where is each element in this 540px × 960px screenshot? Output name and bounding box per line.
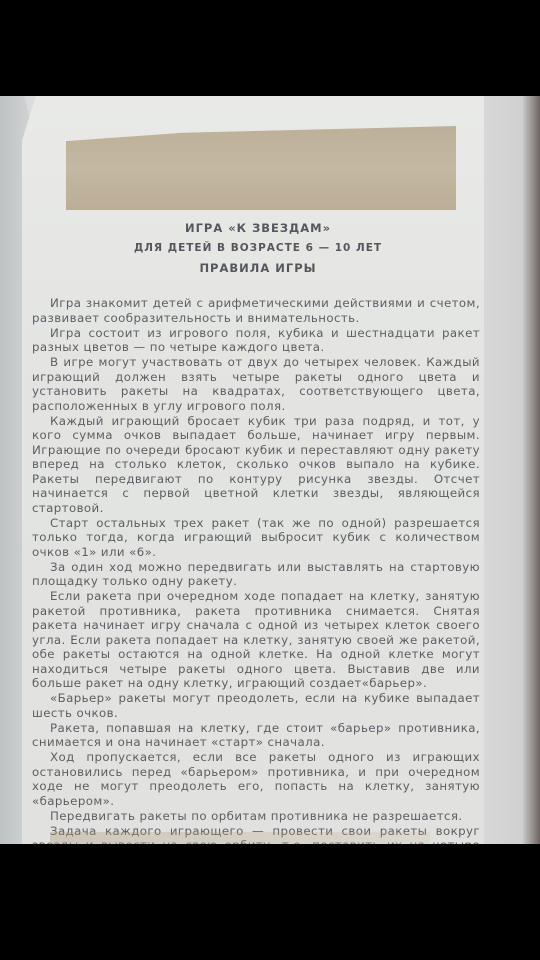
title-block: ИГРА «К ЗВЕЗДАМ» ДЛЯ ДЕТЕЙ В ВОЗРАСТЕ 6 …: [30, 218, 486, 278]
paragraph: Старт остальных трех ракет (так же по од…: [32, 516, 480, 560]
document-photo: ИГРА «К ЗВЕЗДАМ» ДЛЯ ДЕТЕЙ В ВОЗРАСТЕ 6 …: [0, 96, 540, 844]
paragraph: Каждый играющий бросает кубик три раза п…: [32, 414, 480, 516]
kraft-paper-strip: [66, 126, 456, 210]
paragraph: «Барьер» ракеты могут преодолеть, если н…: [32, 691, 480, 720]
paragraph: Ход пропускается, если все ракеты одного…: [32, 750, 480, 808]
game-title: ИГРА «К ЗВЕЗДАМ»: [30, 218, 486, 238]
age-subtitle: ДЛЯ ДЕТЕЙ В ВОЗРАСТЕ 6 — 10 ЛЕТ: [30, 238, 486, 258]
paragraph: За один ход можно передвигать или выстав…: [32, 560, 480, 589]
paragraph: Игра знакомит детей с арифметическими де…: [32, 296, 480, 325]
rules-body: Игра знакомит детей с арифметическими де…: [24, 296, 486, 844]
underlying-sheet-right: [480, 96, 540, 844]
rules-heading: ПРАВИЛА ИГРЫ: [30, 258, 486, 278]
paragraph: Ракета, попавшая на клетку, где стоит «б…: [32, 721, 480, 750]
paragraph: Если ракета при очередном ходе попадает …: [32, 589, 480, 691]
paragraph: В игре могут участвовать от двух до четы…: [32, 355, 480, 413]
paragraph: Передвигать ракеты по орбитам противника…: [32, 809, 480, 824]
rules-document: ИГРА «К ЗВЕЗДАМ» ДЛЯ ДЕТЕЙ В ВОЗРАСТЕ 6 …: [24, 218, 486, 844]
bottom-shadow: [50, 832, 430, 844]
letterbox-bottom: [0, 844, 540, 960]
paragraph: Игра состоит из игрового поля, кубика и …: [32, 326, 480, 355]
